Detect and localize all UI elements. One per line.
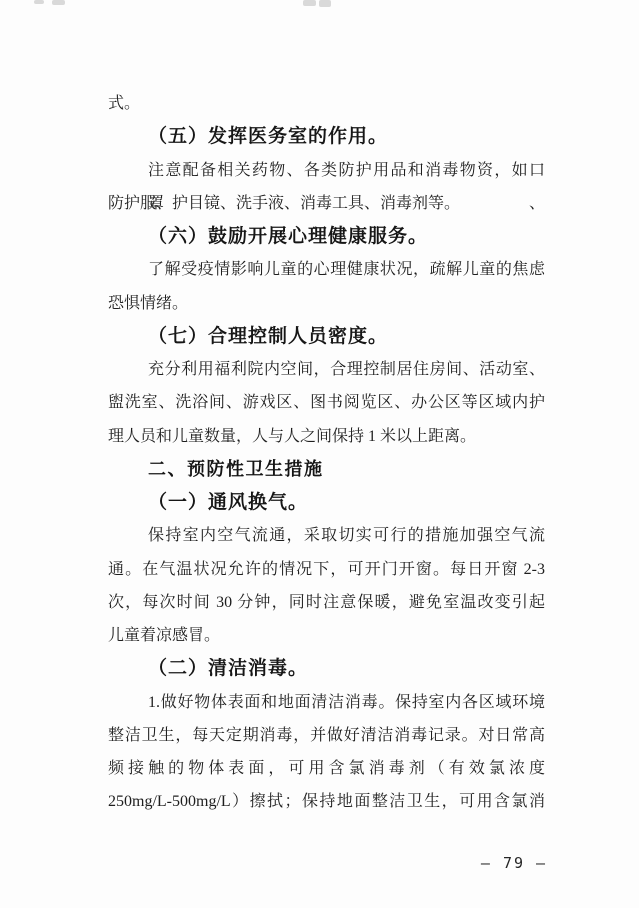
text-line: 次，每次时间 30 分钟，同时注意保暖，避免室温改变引起	[108, 586, 545, 619]
text-line: 恐惧情绪。	[108, 287, 545, 320]
scan-artifact	[52, 0, 65, 5]
text-line: 保持室内空气流通，采取切实可行的措施加强空气流	[108, 519, 545, 552]
page-number: — 79 —	[472, 853, 556, 873]
text-line: 250mg/L-500mg/L）擦拭；保持地面整洁卫生，可用含氯消	[108, 785, 545, 818]
text-line: 盥洗室、洗浴间、游戏区、图书阅览区、办公区等区域内护	[108, 386, 545, 419]
scan-artifact	[303, 0, 316, 6]
text-line: （二）清洁消毒。	[108, 652, 545, 685]
text-line: 注意配备相关药物、各类防护用品和消毒物资，如口罩、	[108, 154, 545, 187]
text-line: 式。	[108, 87, 545, 120]
document-body: 式。（五）发挥医务室的作用。注意配备相关药物、各类防护用品和消毒物资，如口罩、防…	[108, 87, 545, 819]
text-line: 整洁卫生，每天定期消毒，并做好清洁消毒记录。对日常高	[108, 719, 545, 752]
text-line: （五）发挥医务室的作用。	[108, 120, 545, 153]
scan-artifact	[34, 0, 44, 4]
text-line: （七）合理控制人员密度。	[108, 320, 545, 353]
text-line: 理人员和儿童数量，人与人之间保持 1 米以上距离。	[108, 420, 545, 453]
text-line: （一）通风换气。	[108, 486, 545, 519]
text-line: 1.做好物体表面和地面清洁消毒。保持室内各区域环境	[108, 686, 545, 719]
text-line: 频接触的物体表面，可用含氯消毒剂（有效氯浓度	[108, 752, 545, 785]
text-line: 通。在气温状况允许的情况下，可开门开窗。每日开窗 2-3	[108, 553, 545, 586]
text-line: 了解受疫情影响儿童的心理健康状况，疏解儿童的焦虑	[108, 253, 545, 286]
text-line: 二、预防性卫生措施	[108, 453, 545, 486]
text-line: 儿童着凉感冒。	[108, 619, 545, 652]
document-page: 式。（五）发挥医务室的作用。注意配备相关药物、各类防护用品和消毒物资，如口罩、防…	[0, 0, 639, 908]
text-line: （六）鼓励开展心理健康服务。	[108, 220, 545, 253]
scan-artifact	[319, 0, 331, 7]
text-line: 充分利用福利院内空间，合理控制居住房间、活动室、	[108, 353, 545, 386]
